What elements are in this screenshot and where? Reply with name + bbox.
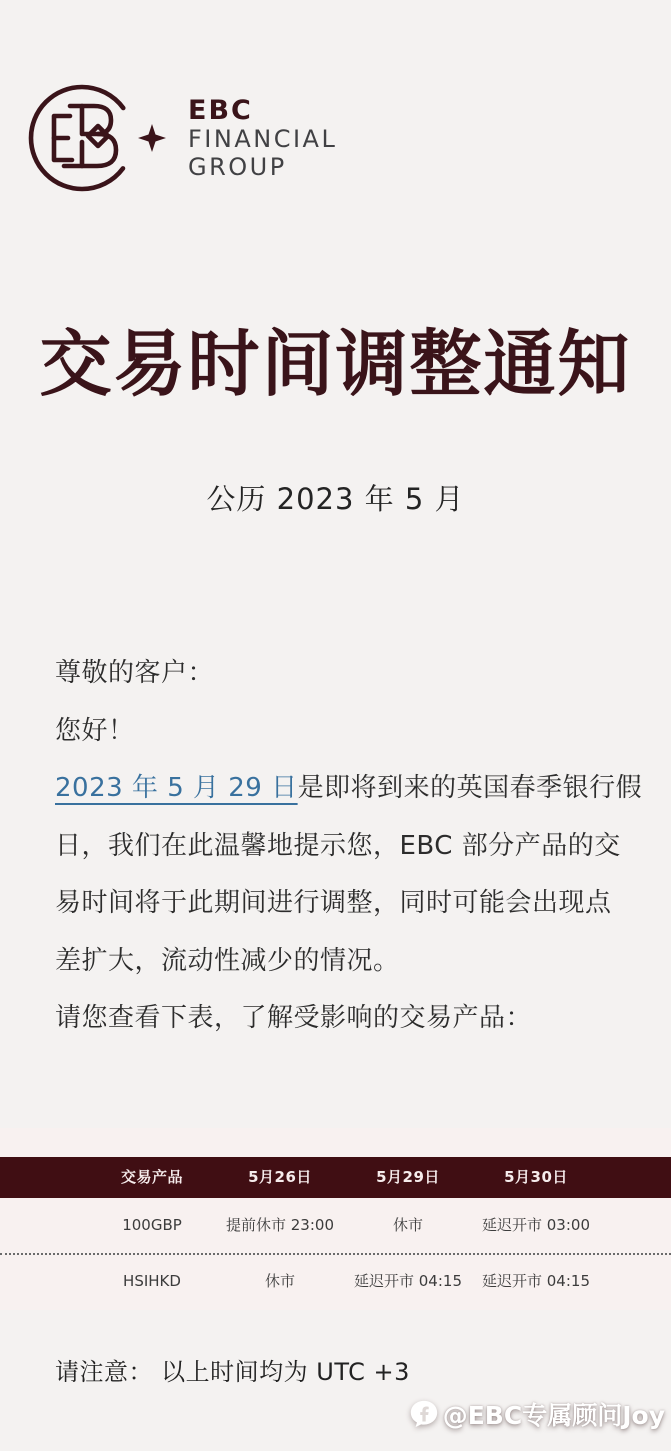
table-header-may29: 5月29日 — [344, 1157, 472, 1198]
table-header-may30: 5月30日 — [472, 1157, 600, 1198]
cell-100gbp-may26: 提前休市 23:00 — [216, 1198, 344, 1253]
chat-bubble-f-icon — [408, 1398, 440, 1430]
cell-product-100gbp: 100GBP — [88, 1198, 216, 1253]
brand-line-ebc: EBC — [188, 96, 337, 125]
cell-100gbp-may30: 延迟开市 03:00 — [472, 1198, 600, 1253]
table-header-product: 交易产品 — [88, 1157, 216, 1198]
cell-hsihkd-may30: 延迟开市 04:15 — [472, 1255, 600, 1308]
table-row: 100GBP 提前休市 23:00 休市 延迟开市 03:00 — [0, 1198, 671, 1253]
cell-100gbp-may29: 休市 — [344, 1198, 472, 1253]
date-subtitle: 公历 2023 年 5 月 — [0, 477, 671, 518]
greeting: 您好！ — [55, 703, 631, 761]
brand-line-group: GROUP — [188, 153, 337, 181]
table-header-may26: 5月26日 — [216, 1157, 344, 1198]
sparkle-icon — [138, 124, 166, 152]
paragraph-line-3: 易时间将于此期间进行调整，同时可能会出现点 — [55, 875, 631, 933]
paragraph-line-1-text: 是即将到来的英国春季银行假 — [298, 773, 643, 803]
page-title: 交易时间调整通知 — [0, 306, 671, 410]
watermark-text: @EBC专属顾问Joy — [443, 1396, 665, 1432]
paragraph-line-2: 日，我们在此温馨地提示您，EBC 部分产品的交 — [55, 818, 631, 876]
trading-hours-table: 交易产品 5月26日 5月29日 5月30日 100GBP 提前休市 23:00… — [0, 1128, 671, 1310]
holiday-date-link[interactable]: 2023 年 5 月 29 日 — [55, 773, 298, 803]
table-row: HSIHKD 休市 延迟开市 04:15 延迟开市 04:15 — [0, 1255, 671, 1308]
table-intro: 请您查看下表，了解受影响的交易产品： — [55, 990, 631, 1048]
watermark: @EBC专属顾问Joy — [408, 1396, 665, 1432]
cell-product-hsihkd: HSIHKD — [88, 1255, 216, 1308]
notice-page: EBC FINANCIAL GROUP 交易时间调整通知 公历 2023 年 5… — [0, 0, 671, 1451]
salutation: 尊敬的客户： — [55, 645, 631, 703]
cell-hsihkd-may26: 休市 — [216, 1255, 344, 1308]
brand-wordmark: EBC FINANCIAL GROUP — [188, 96, 337, 181]
cell-hsihkd-may29: 延迟开市 04:15 — [344, 1255, 472, 1308]
table-header-row: 交易产品 5月26日 5月29日 5月30日 — [0, 1157, 671, 1198]
brand-header: EBC FINANCIAL GROUP — [24, 76, 337, 200]
brand-line-financial: FINANCIAL — [188, 125, 337, 153]
notice-body: 尊敬的客户： 您好！ 2023 年 5 月 29 日是即将到来的英国春季银行假 … — [55, 645, 631, 1048]
ebc-logo-mark-icon — [24, 76, 174, 200]
timezone-note: 请注意： 以上时间均为 UTC +3 — [55, 1352, 410, 1387]
paragraph-line-1: 2023 年 5 月 29 日是即将到来的英国春季银行假 — [55, 760, 631, 818]
paragraph-line-4: 差扩大，流动性减少的情况。 — [55, 933, 631, 991]
